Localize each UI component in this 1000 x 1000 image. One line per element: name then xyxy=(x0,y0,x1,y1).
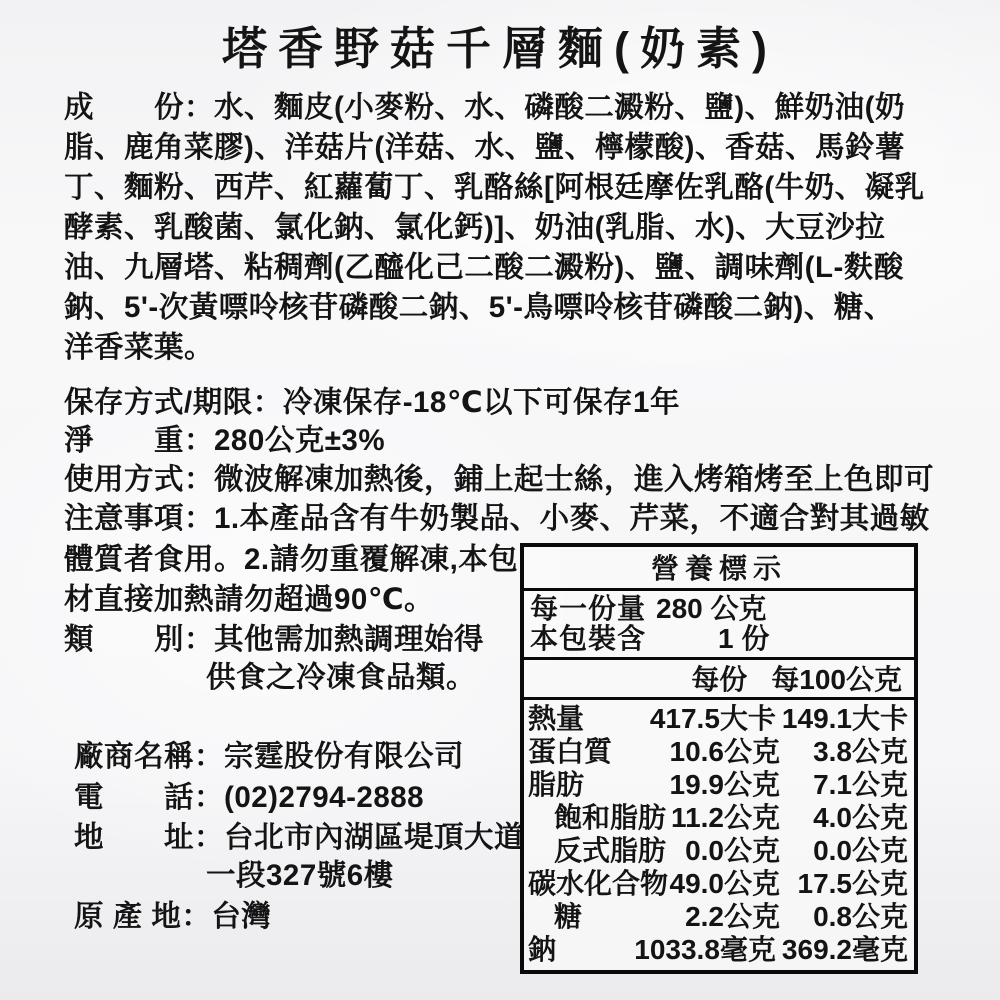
nutrition-column-headers: 每份 每100公克 xyxy=(524,660,914,700)
ingredients-line: 油、九層塔、粘稠劑(乙醯化己二酸二澱粉)、鹽、調味劑(L-麩酸 xyxy=(64,248,949,288)
per-100g-value: 369.2毫克 xyxy=(782,933,908,966)
per-100g-value: 4.0公克 xyxy=(786,801,908,834)
per-serving-column-header: 每份 xyxy=(691,660,747,697)
nutrition-serving-block: 每一份量 280 公克 本包裝含 1 份 xyxy=(524,591,914,660)
per-serving-value: 19.9公克 xyxy=(670,768,781,801)
table-row: 脂肪 19.9公克 7.1公克 xyxy=(528,768,908,801)
ingredients-line: 酵素、乳酸菌、氯化鈉、氯化鈣)]、奶油(乳脂、水)、大豆沙拉 xyxy=(64,208,949,248)
per-serving-value: 11.2公克 xyxy=(671,801,780,834)
per-serving-value: 417.5大卡 xyxy=(650,702,776,735)
ingredients-line: 洋香菜葉。 xyxy=(64,328,949,368)
serving-size-value: 280 公克 xyxy=(656,594,767,624)
per-100g-value: 149.1大卡 xyxy=(782,702,908,735)
table-row: 碳水化合物 49.0公克 17.5公克 xyxy=(528,867,908,900)
per-serving-value: 0.0公克 xyxy=(685,834,780,867)
product-title: 塔香野菇千層麵(奶素) xyxy=(0,12,1000,77)
per-100g-column-header: 每100公克 xyxy=(771,660,902,697)
category-line-2: 供食之冷凍食品類。 xyxy=(206,659,476,697)
table-row: 鈉 1033.8毫克 369.2毫克 xyxy=(528,933,908,966)
servings-per-pack-row: 本包裝含 1 份 xyxy=(530,624,908,654)
table-row: 熱量 417.5大卡 149.1大卡 xyxy=(528,702,908,735)
nutrient-label: 鈉 xyxy=(528,933,556,966)
nutrient-label: 熱量 xyxy=(528,702,584,735)
table-row: 糖 2.2公克 0.8公克 xyxy=(528,900,908,933)
country-of-origin: 原 產 地：台灣 xyxy=(74,898,271,936)
servings-per-pack-label: 本包裝含 xyxy=(530,624,656,654)
ingredients-paragraph: 成 份：水、麵皮(小麥粉、水、磷酸二澱粉、鹽)、鮮奶油(奶 脂、鹿角菜膠)、洋菇… xyxy=(64,88,949,368)
per-serving-value: 1033.8毫克 xyxy=(634,933,776,966)
nutrition-table-title: 營養標示 xyxy=(524,547,914,591)
ingredients-line: 脂、鹿角菜膠)、洋菇片(洋菇、水、鹽、檸檬酸)、香菇、馬鈴薯 xyxy=(64,128,949,168)
nutrient-label: 反式脂肪 xyxy=(528,834,666,867)
nutrient-label: 蛋白質 xyxy=(528,735,612,768)
notice-line-3: 材直接加熱請勿超過90℃。 xyxy=(64,581,434,619)
per-100g-value: 17.5公克 xyxy=(786,867,908,900)
per-100g-value: 0.0公克 xyxy=(786,834,908,867)
servings-per-pack-value: 1 份 xyxy=(656,624,769,654)
ingredients-line: 成 份：水、麵皮(小麥粉、水、磷酸二澱粉、鹽)、鮮奶油(奶 xyxy=(64,88,949,128)
net-weight: 淨 重：280公克±3% xyxy=(64,422,385,460)
table-row: 反式脂肪 0.0公克 0.0公克 xyxy=(528,834,908,867)
storage-info: 保存方式/期限：冷凍保存-18℃以下可保存1年 xyxy=(64,384,680,422)
phone-number: 電 話：(02)2794-2888 xyxy=(74,779,424,817)
manufacturer-name: 廠商名稱：宗霆股份有限公司 xyxy=(74,738,464,776)
address-line-1: 地 址：台北市內湖區堤頂大道 xyxy=(74,819,524,857)
nutrient-label: 糖 xyxy=(528,900,582,933)
serving-size-label: 每一份量 xyxy=(530,594,656,624)
per-serving-value: 49.0公克 xyxy=(670,867,781,900)
notice-line-2: 體質者食用。2.請勿重覆解凍,本包 xyxy=(64,541,518,579)
nutrition-rows: 熱量 417.5大卡 149.1大卡 蛋白質 10.6公克 3.8公克 脂肪 1… xyxy=(524,700,914,970)
nutrient-label: 飽和脂肪 xyxy=(528,801,666,834)
notice-line-1: 注意事項：1.本產品含有牛奶製品、小麥、芹菜，不適合對其過敏 xyxy=(64,500,930,538)
per-100g-value: 0.8公克 xyxy=(786,900,908,933)
per-serving-value: 2.2公克 xyxy=(685,900,780,933)
table-row: 飽和脂肪 11.2公克 4.0公克 xyxy=(528,801,908,834)
serving-size-row: 每一份量 280 公克 xyxy=(530,594,908,624)
nutrient-label: 碳水化合物 xyxy=(528,867,668,900)
ingredients-line: 丁、麵粉、西芹、紅蘿蔔丁、乳酪絲[阿根廷摩佐乳酪(牛奶、凝乳 xyxy=(64,168,949,208)
usage-instructions: 使用方式：微波解凍加熱後，鋪上起士絲，進入烤箱烤至上色即可 xyxy=(64,461,934,499)
table-row: 蛋白質 10.6公克 3.8公克 xyxy=(528,735,908,768)
nutrition-facts-table: 營養標示 每一份量 280 公克 本包裝含 1 份 每份 每100公克 熱量 4… xyxy=(520,543,918,974)
per-100g-value: 7.1公克 xyxy=(786,768,908,801)
per-serving-value: 10.6公克 xyxy=(670,735,781,768)
category-line-1: 類 別：其他需加熱調理始得 xyxy=(64,621,484,659)
nutrient-label: 脂肪 xyxy=(528,768,584,801)
address-line-2: 一段327號6樓 xyxy=(206,857,394,895)
per-100g-value: 3.8公克 xyxy=(786,735,908,768)
ingredients-line: 鈉、5'-次黃嘌呤核苷磷酸二鈉、5'-鳥嘌呤核苷磷酸二鈉)、糖、 xyxy=(64,288,949,328)
